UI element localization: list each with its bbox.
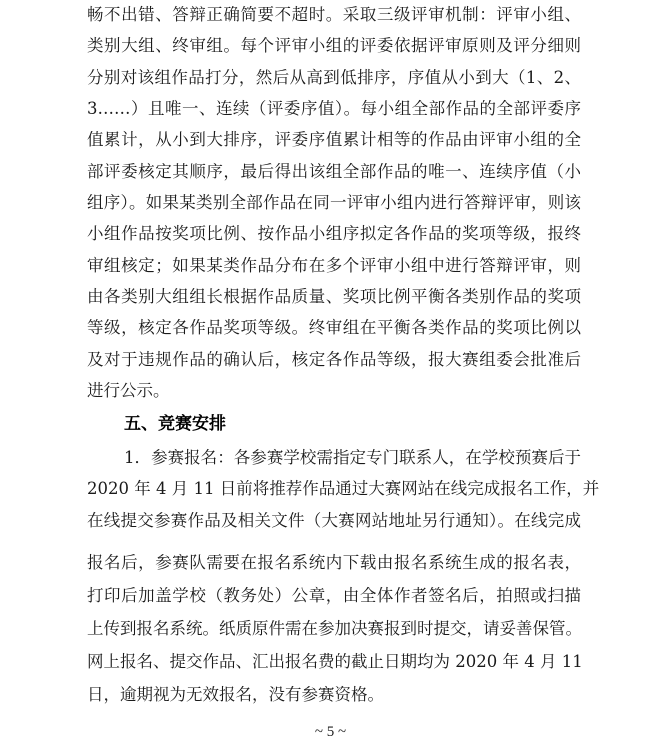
text-line: 网上报名、提交作品、汇出报名费的截止日期均为 2020 年 4 月 11 [87,650,581,674]
text-line: 在线提交参赛作品及相关文件（大赛网站地址另行通知）。在线完成 [87,509,581,533]
text-line: 及对于违规作品的确认后，核定各作品等级，报大赛组委会批准后 [87,348,581,372]
text-line: 审组核定；如果某类作品分布在多个评审小组中进行答辩评审，则 [87,254,581,278]
text-line: 上传到报名系统。纸质原件需在参加决赛报到时提交，请妥善保管。 [87,617,581,641]
text-line: 进行公示。 [87,379,581,403]
section-heading: 五、竞赛安排 [124,412,226,436]
text-line: 2020 年 4 月 11 日前将推荐作品通过大赛网站在线完成报名工作，并 [87,477,581,501]
page-number: ~ 5 ~ [0,724,661,741]
text-line: 组序）。如果某类别全部作品在同一评审小组内进行答辩评审，则该 [87,191,581,215]
text-line: 报名后，参赛队需要在报名系统内下载由报名系统生成的报名表， [87,551,581,575]
text-line: 小组作品按奖项比例、按作品小组序拟定各作品的奖项等级，报终 [87,222,581,246]
document-page: 畅不出错、答辩正确简要不超时。采取三级评审机制：评审小组、 类别大组、终审组。每… [0,0,661,746]
text-line: 1．参赛报名：各参赛学校需指定专门联系人，在学校预赛后于 [124,446,581,470]
text-line: 等级，核定各作品奖项等级。终审组在平衡各类作品的奖项比例以 [87,316,581,340]
text-line: 日，逾期视为无效报名，没有参赛资格。 [87,683,581,707]
text-line: 值累计，从小到大排序，评委序值累计相等的作品由评审小组的全 [87,128,581,152]
text-line: 3……）且唯一、连续（评委序值）。每小组全部作品的全部评委序 [87,97,581,121]
text-line: 畅不出错、答辩正确简要不超时。采取三级评审机制：评审小组、 [87,3,581,27]
text-line: 分别对该组作品打分，然后从高到低排序，序值从小到大（1、2、 [87,66,581,90]
text-line: 打印后加盖学校（教务处）公章，由全体作者签名后，拍照或扫描 [87,584,581,608]
text-line: 类别大组、终审组。每个评审小组的评委依据评审原则及评分细则 [87,34,581,58]
text-line: 由各类别大组组长根据作品质量、奖项比例平衡各类别作品的奖项 [87,285,581,309]
text-line: 部评委核定其顺序，最后得出该组全部作品的唯一、连续序值（小 [87,160,581,184]
